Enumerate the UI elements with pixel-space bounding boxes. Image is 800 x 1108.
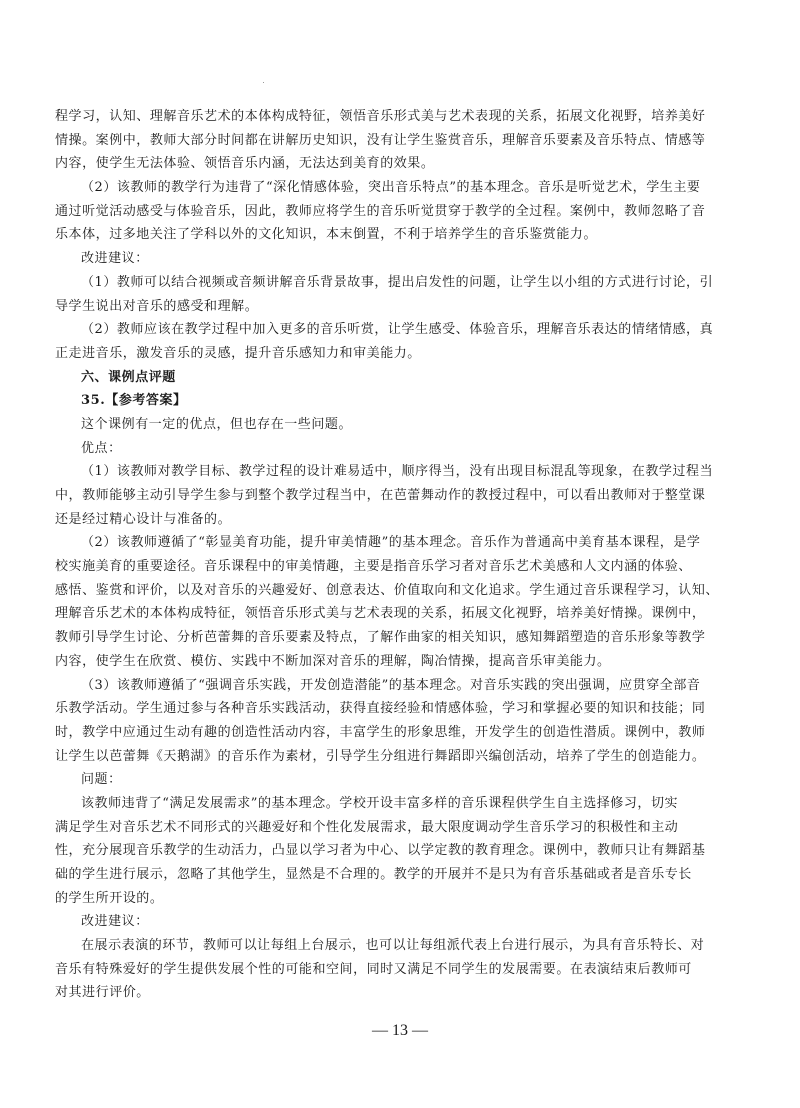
paragraph-line: 改进建议：	[55, 910, 665, 934]
paragraph-line: 音乐有特殊爱好的学生提供发展个性的可能和空间，同时又满足不同学生的发展需要。在表…	[55, 958, 665, 982]
paragraph-line: 通过听觉活动感受与体验音乐，因此，教师应将学生的音乐听觉贯穿于教学的全过程。案例…	[55, 200, 665, 224]
paragraph-line: 理解音乐艺术的本体构成特征，领悟音乐形式美与艺术表现的关系，拓展文化视野，培养美…	[55, 602, 665, 626]
paragraph-line: 校实施美育的重要途径。音乐课程中的审美情趣，主要是指音乐学习者对音乐艺术美感和人…	[55, 555, 665, 579]
paragraph-line: 问题：	[55, 768, 665, 792]
paragraph-line: 该教师违背了“满足发展需求”的基本理念。学校开设丰富多样的音乐课程供学生自主选择…	[55, 792, 665, 816]
paragraph-line: （1）教师可以结合视频或音频讲解音乐背景故事，提出启发性的问题，让学生以小组的方…	[55, 271, 665, 295]
paragraph-line: 乐本体，过多地关注了学科以外的文化知识，本末倒置，不利于培养学生的音乐鉴赏能力。	[55, 223, 665, 247]
paragraph-line: 础的学生进行展示，忽略了其他学生，显然是不合理的。教学的开展并不是只为有音乐基础…	[55, 863, 665, 887]
document-body: 程学习，认知、理解音乐艺术的本体构成特征，领悟音乐形式美与艺术表现的关系，拓展文…	[55, 105, 665, 1005]
paragraph-line: 对其进行评价。	[55, 981, 665, 1005]
paragraph-line: （2）该教师的教学行为违背了“深化情感体验，突出音乐特点”的基本理念。音乐是听觉…	[55, 176, 665, 200]
paragraph-line: 导学生说出对音乐的感受和理解。	[55, 295, 665, 319]
paragraph-line: 教师引导学生讨论、分析芭蕾舞的音乐要素及特点，了解作曲家的相关知识，感知舞蹈塑造…	[55, 626, 665, 650]
paragraph-line: （2）该教师遵循了“彰显美育功能，提升审美情趣”的基本理念。音乐作为普通高中美育…	[55, 531, 665, 555]
page-number: — 13 —	[0, 1022, 800, 1040]
scan-speck	[263, 82, 264, 83]
paragraph-line: 性，充分展现音乐教学的生动活力，凸显以学习者为中心、以学定教的教育理念。课例中，…	[55, 839, 665, 863]
section-heading: 35.【参考答案】	[55, 389, 665, 413]
paragraph-line: 让学生以芭蕾舞《天鹅湖》的音乐作为素材，引导学生分组进行舞蹈即兴编创活动，培养了…	[55, 745, 665, 769]
paragraph-line: （1）该教师对教学目标、教学过程的设计难易适中，顺序得当，没有出现目标混乱等现象…	[55, 460, 665, 484]
paragraph-line: 改进建议：	[55, 247, 665, 271]
paragraph-line: 这个课例有一定的优点，但也存在一些问题。	[55, 413, 665, 437]
paragraph-line: 正走进音乐，激发音乐的灵感，提升音乐感知力和审美能力。	[55, 342, 665, 366]
paragraph-line: （2）教师应该在教学过程中加入更多的音乐听赏，让学生感受、体验音乐，理解音乐表达…	[55, 318, 665, 342]
paragraph-line: 情操。案例中，教师大部分时间都在讲解历史知识，没有让学生鉴赏音乐，理解音乐要素及…	[55, 129, 665, 153]
paragraph-line: （3）该教师遵循了“强调音乐实践，开发创造潜能”的基本理念。对音乐实践的突出强调…	[55, 674, 665, 698]
paragraph-line: 在展示表演的环节，教师可以让每组上台展示，也可以让每组派代表上台进行展示，为具有…	[55, 934, 665, 958]
paragraph-line: 优点：	[55, 437, 665, 461]
paragraph-line: 时，教学中应通过生动有趣的创造性活动内容，丰富学生的形象思维，开发学生的创造性潜…	[55, 721, 665, 745]
paragraph-line: 的学生所开设的。	[55, 887, 665, 911]
paragraph-line: 内容，使学生无法体验、领悟音乐内涵，无法达到美育的效果。	[55, 152, 665, 176]
paragraph-line: 程学习，认知、理解音乐艺术的本体构成特征，领悟音乐形式美与艺术表现的关系，拓展文…	[55, 105, 665, 129]
paragraph-line: 乐教学活动。学生通过参与各种音乐实践活动，获得直接经验和情感体验，学习和掌握必要…	[55, 697, 665, 721]
section-heading: 六、课例点评题	[55, 366, 665, 390]
paragraph-line: 满足学生对音乐艺术不同形式的兴趣爱好和个性化发展需求，最大限度调动学生音乐学习的…	[55, 816, 665, 840]
paragraph-line: 感悟、鉴赏和评价，以及对音乐的兴趣爱好、创意表达、价值取向和文化追求。学生通过音…	[55, 579, 665, 603]
paragraph-line: 内容，使学生在欣赏、模仿、实践中不断加深对音乐的理解，陶冶情操，提高音乐审美能力…	[55, 650, 665, 674]
paragraph-line: 还是经过精心设计与准备的。	[55, 508, 665, 532]
paragraph-line: 中，教师能够主动引导学生参与到整个教学过程当中，在芭蕾舞动作的教授过程中，可以看…	[55, 484, 665, 508]
